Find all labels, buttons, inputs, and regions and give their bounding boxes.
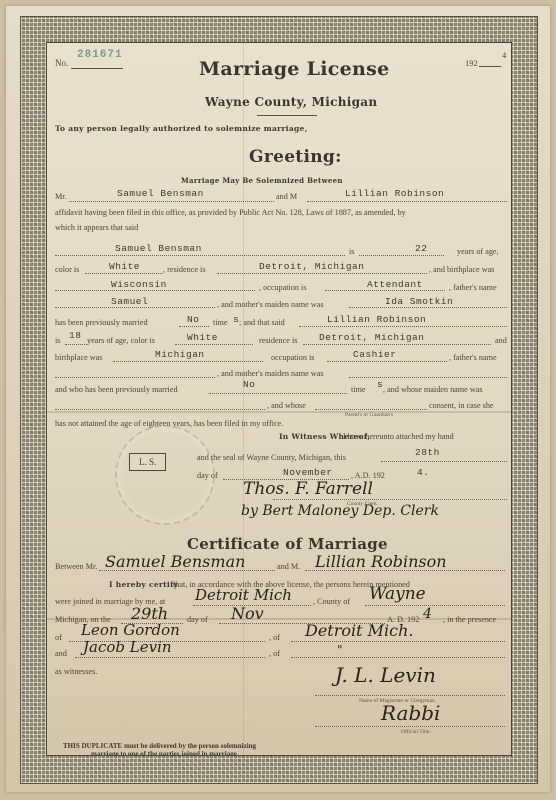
times-label: time — [213, 318, 228, 327]
license-no-label: No. — [55, 58, 68, 68]
age-line — [359, 255, 444, 256]
bride-age-suffix: years of age, color is — [87, 336, 155, 345]
witness-line-1: I have hereunto attached my hand — [343, 432, 454, 441]
witness2-and-label: and — [55, 649, 67, 658]
residence-label: , residence is — [163, 265, 206, 274]
bride-birthplace: Michigan — [155, 349, 205, 360]
bride-name-typed: Lillian Robinson — [345, 188, 444, 199]
groom-birthplace: Wisconsin — [111, 279, 167, 290]
cert-day-of-label: day of — [187, 615, 208, 624]
consent-line — [315, 409, 427, 410]
bride-color: White — [187, 332, 218, 343]
bride-occupation: Cashier — [353, 349, 396, 360]
clerk-signature: Thos. F. Farrell — [243, 479, 373, 499]
consent-label: consent, in case she — [429, 401, 494, 410]
mr-label: Mr. — [55, 192, 67, 201]
groom-line — [69, 201, 274, 202]
bride-birthplace-line — [113, 361, 263, 362]
greeting-heading: Greeting: — [249, 147, 342, 167]
witness1-of-label: of — [55, 633, 62, 642]
witness2-place-line — [291, 657, 505, 658]
county-line — [365, 605, 505, 606]
document-title: Marriage License — [199, 58, 390, 80]
witness-month: November — [283, 467, 333, 478]
official-title-line — [315, 726, 505, 727]
ceremony-year-digit: 4 — [423, 606, 432, 622]
county-label: , County of — [313, 597, 350, 606]
fold-line — [47, 618, 511, 620]
groom-color: White — [109, 261, 140, 272]
bride-father-line — [55, 377, 215, 378]
address-line: To any person legally authorized to sole… — [55, 124, 308, 133]
bride-and-label: and — [495, 336, 507, 345]
bride-maiden-line — [55, 409, 265, 410]
birthplace-label: , and birthplace was — [429, 265, 494, 274]
document-sheet: No. 281671 192 4 Marriage License Wayne … — [6, 6, 550, 792]
officiant-line — [315, 695, 505, 696]
mother-label: , and mother's maiden name was — [217, 300, 324, 309]
groom-occupation: Attendant — [367, 279, 423, 290]
year-suffix: 4 — [502, 50, 506, 60]
bride-age: 18 — [69, 330, 81, 341]
certificate-title: Certificate of Marriage — [187, 535, 388, 553]
bride-name-line — [299, 326, 507, 327]
bride-prev-married-line — [209, 393, 347, 394]
bride-occupation-line — [327, 361, 447, 362]
affidavit-line-2: which it appears that said — [55, 223, 138, 232]
bride-mother-line — [349, 377, 507, 378]
bride-whose-label: , and whose — [267, 401, 306, 410]
county-rule — [257, 115, 317, 116]
groom-residence: Detroit, Michigan — [259, 261, 364, 272]
officiant-title-signature: Rabbi — [381, 701, 440, 725]
year-line — [479, 66, 501, 67]
fold-line — [243, 43, 244, 755]
bride-times-label: time — [351, 385, 366, 394]
father-label: , father's name — [449, 283, 497, 292]
officiant-signature: J. L. Levin — [335, 663, 436, 687]
occupation-label: , occupation is — [259, 283, 307, 292]
bride-line — [307, 201, 507, 202]
witness2-line — [75, 657, 265, 658]
cert-and-label: and M. — [277, 562, 300, 571]
cert-groom-signature: Samuel Bensman — [105, 552, 245, 571]
seal-label-box: L. S. — [129, 453, 166, 471]
is-label: is — [349, 247, 354, 256]
bride-father-label: , father's name — [449, 353, 497, 362]
certify-heading: I hereby certify — [109, 580, 178, 589]
fold-line — [47, 411, 511, 413]
groom-father: Samuel — [111, 296, 148, 307]
witness-day: 28th — [415, 447, 440, 458]
groom-name-line — [55, 255, 345, 256]
groom-prev-married: No — [187, 314, 199, 325]
bride-residence: Detroit, Michigan — [319, 332, 424, 343]
witness1-place-line — [291, 641, 505, 642]
occupation-line — [325, 290, 445, 291]
bride-age-line — [65, 344, 87, 345]
deputy-signature: by Bert Maloney Dep. Clerk — [241, 503, 439, 519]
witness2-place-of-label: , of — [269, 649, 280, 658]
bride-residence-label: residence is — [259, 336, 297, 345]
license-number: 281671 — [77, 49, 123, 61]
presence-label: , in the presence — [443, 615, 496, 624]
bride-maiden-label: , and whose maiden name was — [383, 385, 483, 394]
prev-married-label: has been previously married — [55, 318, 148, 327]
birthplace-line — [55, 290, 255, 291]
bride-prev-married: No — [243, 379, 255, 390]
groom-name-typed: Samuel Bensman — [117, 188, 204, 199]
witness2-place: " — [337, 643, 343, 657]
witness1-place: Detroit Mich. — [305, 621, 414, 640]
ceremony-month: Nov — [231, 604, 264, 623]
witness-day-line — [381, 461, 507, 462]
ceremony-place: Detroit Mich — [195, 586, 292, 604]
solemnized-heading: Marriage May Be Solemnized Between — [181, 176, 343, 185]
license-no-line — [71, 68, 123, 69]
day-of-label: day of — [197, 471, 218, 480]
year-prefix: 192 — [465, 58, 478, 68]
and-that-said: ; and that said — [239, 318, 285, 327]
bride-residence-line — [303, 344, 491, 345]
cert-bride-signature: Lillian Robinson — [315, 552, 447, 571]
witness1-signature: Leon Gordon — [81, 621, 180, 639]
color-line — [85, 273, 163, 274]
witness2-signature: Jacob Levin — [83, 638, 172, 656]
footer-line-2: marriage to one of the parties joined in… — [91, 750, 239, 756]
groom-name: Samuel Bensman — [115, 243, 202, 254]
affidavit-line-1: affidavit having been filed in this offi… — [55, 208, 406, 217]
bride-occupation-label: occupation is — [271, 353, 314, 362]
and-label: and M — [276, 192, 297, 201]
prev-married-line — [179, 326, 209, 327]
bride-name: Lillian Robinson — [327, 314, 426, 325]
bride-is-label: is — [55, 336, 60, 345]
between-label: Between Mr. — [55, 562, 97, 571]
color-label: color is — [55, 265, 79, 274]
bride-birthplace-label: birthplace was — [55, 353, 103, 362]
parent-caption: Parent's or Guardian's — [345, 412, 393, 418]
mother-line — [349, 307, 507, 308]
age-suffix: years of age, — [457, 247, 499, 256]
groom-age: 22 — [415, 243, 427, 254]
county-heading: Wayne County, Michigan — [205, 95, 377, 109]
groom-mother: Ida Smotkin — [385, 296, 453, 307]
as-witnesses-label: as witnesses. — [55, 667, 97, 676]
residence-line — [217, 273, 427, 274]
bride-prev-married-label: and who has been previously married — [55, 385, 178, 394]
official-title-caption: Official Title. — [401, 729, 431, 735]
witness1-place-of-label: , of — [269, 633, 280, 642]
father-line — [55, 307, 215, 308]
footer-line-1: THIS DUPLICATE must be delivered by the … — [63, 742, 256, 750]
bride-color-line — [175, 344, 253, 345]
witness-line-2: and the seal of Wayne County, Michigan, … — [197, 453, 346, 462]
bride-mother-label: , and mother's maiden name was — [217, 369, 324, 378]
clerk-line — [273, 499, 507, 500]
witness-year-digit: 4. — [417, 467, 429, 478]
ceremony-county: Wayne — [369, 584, 426, 604]
document-body: No. 281671 192 4 Marriage License Wayne … — [46, 42, 512, 756]
